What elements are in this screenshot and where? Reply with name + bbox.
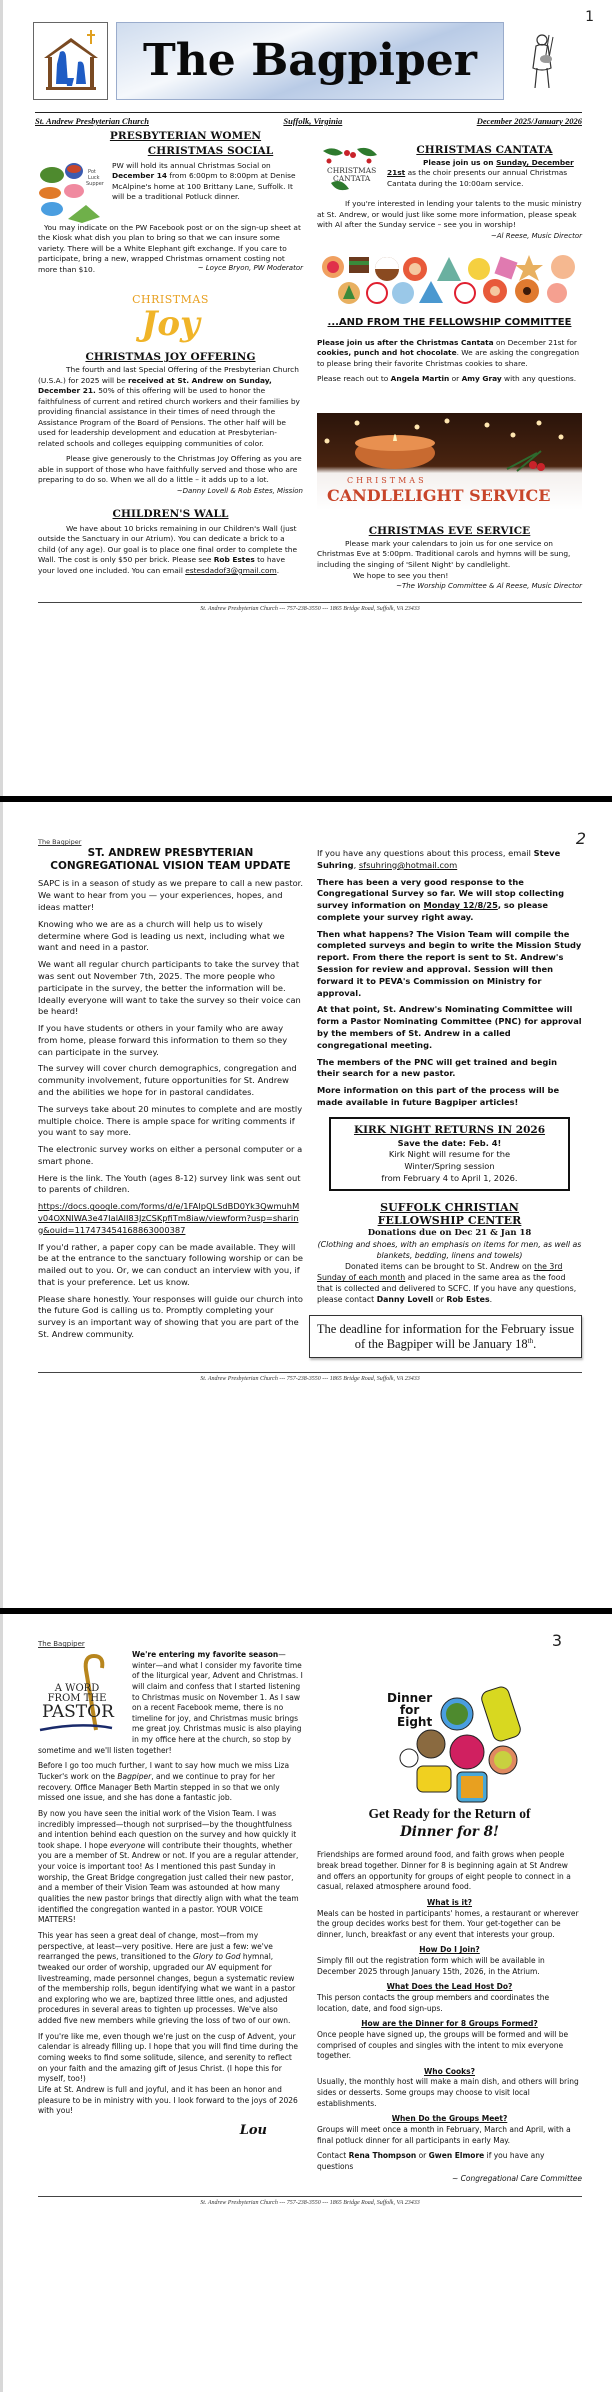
dinner-title-2: Dinner for 8!: [317, 1823, 582, 1842]
holly-cantata-icon: CHRISTMAS CANTATA: [317, 145, 381, 199]
masthead: The Bagpiper: [3, 0, 612, 100]
nativity-icon: [38, 28, 104, 94]
dinner-question: What is it?: [317, 1898, 582, 1909]
nativity-logo: [33, 22, 108, 100]
dinner-question: When Do the Groups Meet?: [317, 2114, 582, 2125]
pastor-paragraph-2: Before I go too much further, I want to …: [38, 1761, 303, 1804]
page-1: 1 The Bagpiper: [0, 0, 612, 796]
cantata-paragraph-2: If you're interested in lending your tal…: [317, 199, 582, 231]
cookies-icon: [319, 251, 581, 307]
christmas-joy-image: CHRISTMAS Joy: [38, 282, 303, 350]
fellowship-heading: ...AND FROM THE FELLOWSHIP COMMITTEE: [317, 316, 582, 330]
christmas-eve-heading: CHRISTMAS EVE SERVICE: [317, 524, 582, 539]
svg-text:CANTATA: CANTATA: [333, 174, 371, 183]
vision-paragraph: If you have students or others in your f…: [38, 1023, 303, 1058]
joy-paragraph-1: The fourth and last Special Offering of …: [38, 365, 303, 449]
pastor-paragraph-3: By now you have seen the initial work of…: [38, 1809, 303, 1926]
scfc-items: (Clothing and shoes, with an emphasis on…: [317, 1239, 582, 1261]
pw-heading: PRESBYTERIAN WOMEN: [68, 129, 303, 144]
dinner-answer: Meals can be hosted in participants' hom…: [317, 1909, 582, 1941]
process-paragraph: Then what happens? The Vision Team will …: [317, 929, 582, 1000]
dinner-title-1: Get Ready for the Return of: [317, 1804, 582, 1823]
candlelight-service-banner: CHRISTMAS CANDLELIGHT SERVICE: [317, 413, 582, 510]
dinner-contact: Contact Rena Thompson or Gwen Elmore if …: [317, 2151, 582, 2172]
process-paragraph: More information on this part of the pro…: [317, 1085, 582, 1109]
christmas-eve-hope: We hope to see you then!: [317, 571, 582, 582]
childrens-wall-paragraph: We have about 10 bricks remaining in our…: [38, 524, 303, 577]
vision-heading: ST. ANDREW PRESBYTERIAN CONGREGATIONAL V…: [38, 847, 303, 873]
word-from-pastor-logo: A WORD FROM THE PASTOR: [38, 1650, 126, 1736]
rob-estes-email-link[interactable]: estesdadof3@gmail.com: [185, 566, 276, 575]
dinner-question: How are the Dinner for 8 Groups Formed?: [317, 2019, 582, 2030]
joy-paragraph-2: Please give generously to the Christmas …: [38, 454, 303, 486]
issue-date: December 2025/January 2026: [477, 115, 582, 127]
potluck-image: Pot Luck Supper: [38, 161, 106, 223]
page-3: 3 The Bagpiper A WORD FROM THE PASTOR We…: [0, 1614, 612, 2392]
deadline-box: The deadline for information for the Feb…: [309, 1315, 582, 1358]
process-paragraph: The members of the PNC will get trained …: [317, 1057, 582, 1081]
questions-paragraph: If you have any questions about this pro…: [317, 848, 582, 872]
vision-paragraph: Here is the link. The Youth (ages 8-12) …: [38, 1173, 303, 1197]
page2-footer: St. Andrew Presbyterian Church --- 757-2…: [38, 1372, 582, 1384]
church-location: Suffolk, Virginia: [283, 115, 342, 127]
dinner-question: Who Cooks?: [317, 2067, 582, 2078]
dinner-signature: ~ Congregational Care Committee: [317, 2174, 582, 2185]
vision-paragraph: If you'd rather, a paper copy can be mad…: [38, 1242, 303, 1289]
church-name: St. Andrew Presbyterian Church: [35, 115, 149, 127]
masthead-title-banner: The Bagpiper: [116, 22, 504, 100]
svg-text:Supper: Supper: [86, 181, 105, 187]
candle-icon: [317, 413, 579, 475]
dinner-answer: This person contacts the group members a…: [317, 1993, 582, 2014]
pw-subheading: CHRISTMAS SOCIAL: [118, 144, 303, 159]
dinner-answer: Once people have signed up, the groups w…: [317, 2030, 582, 2062]
page1-right-column: CHRISTMAS CANTATA CHRISTMAS CANTATA Plea…: [317, 129, 582, 592]
bagpiper-icon: [525, 31, 559, 91]
pw-christmas-social: PRESBYTERIAN WOMEN CHRISTMAS SOCIAL Pot …: [38, 129, 303, 274]
cantata-signature: ~Al Reese, Music Director: [317, 232, 582, 242]
page-number: 1: [585, 8, 594, 28]
joy-image-bottom: Joy: [141, 307, 200, 341]
banner-candlelight-service: CANDLELIGHT SERVICE: [327, 485, 550, 508]
running-head: The Bagpiper: [38, 1640, 303, 1650]
page1-left-column: PRESBYTERIAN WOMEN CHRISTMAS SOCIAL Pot …: [38, 129, 303, 592]
kirk-night-box: KIRK NIGHT RETURNS IN 2026 Save the date…: [329, 1117, 570, 1191]
page-number: 2: [576, 828, 586, 851]
page3-footer: St. Andrew Presbyterian Church --- 757-2…: [38, 2196, 582, 2208]
fellowship-paragraph-2: Please reach out to Angela Martin or Amy…: [317, 374, 582, 385]
kirk-save-date: Save the date: Feb. 4!: [337, 1138, 562, 1150]
pastor-logo-line3: PASTOR: [42, 1704, 112, 1721]
dinner-intro: Friendships are formed around food, and …: [317, 1850, 582, 1893]
response-paragraph: There has been a very good response to t…: [317, 877, 582, 924]
vision-paragraph: The surveys take about 20 minutes to com…: [38, 1104, 303, 1139]
dinner-answer: Usually, the monthly host will make a ma…: [317, 2077, 582, 2109]
scfc-heading: SUFFOLK CHRISTIAN FELLOWSHIP CENTER: [317, 1201, 582, 1227]
joy-heading: CHRISTMAS JOY OFFERING: [38, 350, 303, 365]
pastor-paragraph-5: If you're like me, even though we're jus…: [38, 2032, 303, 2085]
childrens-wall: CHILDREN'S WALL We have about 10 bricks …: [38, 507, 303, 576]
vision-paragraph: The electronic survey works on either a …: [38, 1144, 303, 1168]
joy-signature: ~Danny Lovell & Rob Estes, Mission: [38, 487, 303, 497]
vision-paragraph: Knowing who we are as a church will help…: [38, 919, 303, 954]
process-paragraph: At that point, St. Andrew's Nominating C…: [317, 1004, 582, 1051]
pastor-paragraph-4: This year has seen a great deal of chang…: [38, 1931, 303, 2027]
page3-left-column: The Bagpiper A WORD FROM THE PASTOR We'r…: [38, 1634, 303, 2184]
page2-left-column: The Bagpiper ST. ANDREW PRESBYTERIAN CON…: [38, 830, 303, 1358]
pastor-signature: Lou: [38, 2122, 303, 2140]
kirk-line: Kirk Night will resume for the: [337, 1149, 562, 1161]
dinner-question: What Does the Lead Host Do?: [317, 1982, 582, 1993]
dinner-dishes-icon: [397, 1674, 537, 1804]
running-head: The Bagpiper: [38, 838, 303, 847]
dinner-answer: Simply fill out the registration form wh…: [317, 1956, 582, 1977]
pastor-paragraph-6: Life at St. Andrew is full and joyful, a…: [38, 2085, 303, 2117]
vision-body: SAPC is in a season of study as we prepa…: [38, 878, 303, 1340]
page2-right-column: If you have any questions about this pro…: [317, 830, 582, 1358]
vision-paragraph: The survey will cover church demographic…: [38, 1063, 303, 1098]
scfc-section: SUFFOLK CHRISTIAN FELLOWSHIP CENTER Dona…: [317, 1201, 582, 1306]
survey-link[interactable]: https://docs.google.com/forms/d/e/1FAIpQ…: [38, 1201, 299, 1235]
page1-footer: St. Andrew Presbyterian Church --- 757-2…: [38, 602, 582, 614]
childrens-wall-heading: CHILDREN'S WALL: [38, 507, 303, 522]
page3-right-column: Dinner for Eight Get Ready for the Retur…: [317, 1634, 582, 2184]
page-2: 2 The Bagpiper ST. ANDREW PRESBYTERIAN C…: [0, 802, 612, 1608]
fellowship-paragraph-1: Please join us after the Christmas Canta…: [317, 338, 582, 370]
christmas-joy-offering: CHRISTMAS Joy CHRISTMAS JOY OFFERING The…: [38, 282, 303, 497]
scfc-donations: Donations due on Dec 21 & Jan 18: [317, 1227, 582, 1239]
dinner-question: How Do I Join?: [317, 1945, 582, 1956]
steve-suhring-email-link[interactable]: sfsuhring@hotmail.com: [359, 860, 457, 870]
bagpiper-illustration: [512, 22, 572, 100]
vision-paragraph: We want all regular church participants …: [38, 959, 303, 1018]
page-number: 3: [552, 1630, 562, 1653]
dateline: St. Andrew Presbyterian Church Suffolk, …: [35, 112, 582, 127]
kirk-line: Winter/Spring session: [337, 1161, 562, 1173]
vision-paragraph: SAPC is in a season of study as we prepa…: [38, 878, 303, 913]
dinner-answer: Groups will meet once a month in Februar…: [317, 2125, 582, 2146]
christmas-cantata: CHRISTMAS CANTATA CHRISTMAS CANTATA Plea…: [317, 143, 582, 241]
christmas-eve-signature: ~The Worship Committee & Al Reese, Music…: [317, 582, 582, 592]
christmas-eve-service: CHRISTMAS EVE SERVICE Please mark your c…: [317, 524, 582, 592]
cantata-heading: CHRISTMAS CANTATA: [357, 143, 582, 158]
kirk-line: from February 4 to April 1, 2026.: [337, 1173, 562, 1185]
christmas-cookies-banner: [317, 250, 582, 308]
vision-paragraph: Please share honestly. Your responses wi…: [38, 1294, 303, 1341]
scfc-paragraph: Donated items can be brought to St. Andr…: [317, 1261, 582, 1305]
christmas-eve-paragraph: Please mark your calendars to join us fo…: [317, 539, 582, 571]
potluck-food-icon: Pot Luck Supper: [38, 161, 106, 223]
dinner-for-eight-image: Dinner for Eight: [317, 1654, 582, 1804]
cantata-image: CHRISTMAS CANTATA: [317, 145, 381, 199]
kirk-night-heading: KIRK NIGHT RETURNS IN 2026: [337, 1123, 562, 1138]
newsletter-title: The Bagpiper: [143, 30, 477, 92]
fellowship-committee: ...AND FROM THE FELLOWSHIP COMMITTEE Ple…: [317, 316, 582, 510]
